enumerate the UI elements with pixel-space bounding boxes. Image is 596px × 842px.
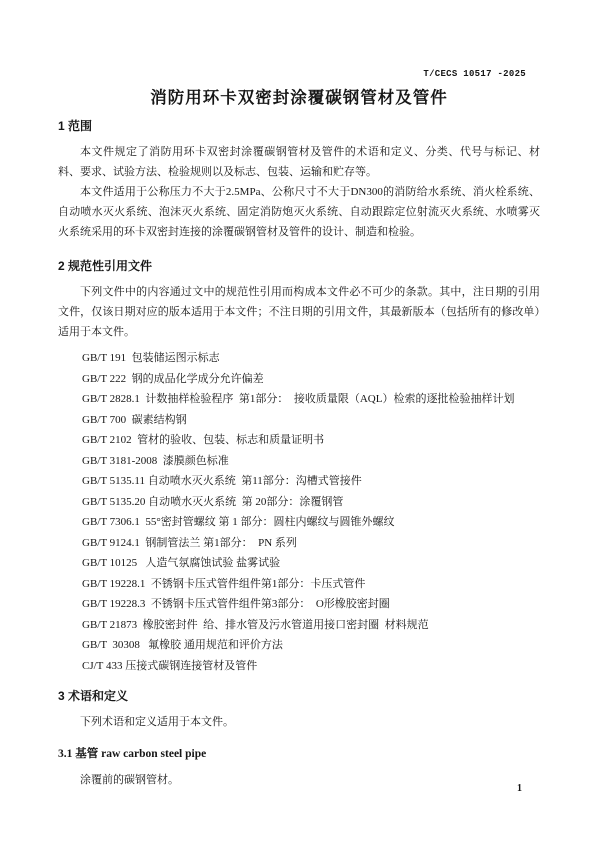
section-normative-references: 2 规范性引用文件 下列文件中的内容通过文中的规范性引用而构成本文件必不可少的条… [58,258,540,676]
section-terms-definitions: 3 术语和定义 下列术语和定义适用于本文件。 3.1 基管 raw carbon… [58,688,540,790]
section-heading-normative-references: 2 规范性引用文件 [58,258,540,274]
reference-item: CJ/T 433 压接式碳钢连接管材及管件 [82,656,540,677]
reference-item: GB/T 19228.3 不锈钢卡压式管件组件第3部分： O形橡胶密封圈 [82,594,540,615]
section-heading-terms: 3 术语和定义 [58,688,540,704]
scope-paragraph-1: 本文件规定了消防用环卡双密封涂覆碳钢管材及管件的术语和定义、分类、代号与标记、材… [58,142,540,182]
reference-item: GB/T 21873 橡胶密封件 给、排水管及污水管道用接口密封圈 材料规范 [82,615,540,636]
reference-list: GB/T 191 包装储运图示标志GB/T 222 钢的成品化学成分允许偏差GB… [58,348,540,676]
reference-item: GB/T 5135.11 自动喷水灭火系统 第11部分：沟槽式管接件 [82,471,540,492]
normative-references-intro: 下列文件中的内容通过文中的规范性引用而构成本文件必不可少的条款。其中，注日期的引… [58,282,540,342]
reference-item: GB/T 191 包装储运图示标志 [82,348,540,369]
reference-item: GB/T 3181-2008 漆膜颜色标准 [82,451,540,472]
reference-item: GB/T 30308 氟橡胶 通用规范和评价方法 [82,635,540,656]
reference-item: GB/T 2828.1 计数抽样检验程序 第1部分： 接收质量限（AQL）检索的… [82,389,540,410]
reference-item: GB/T 2102 管材的验收、包装、标志和质量证明书 [82,430,540,451]
reference-item: GB/T 5135.20 自动喷水灭火系统 第 20部分：涂覆钢管 [82,492,540,513]
standard-number: T/CECS 10517 -2025 [58,68,540,80]
section-heading-scope: 1 范围 [58,118,540,134]
reference-item: GB/T 9124.1 钢制管法兰 第1部分： PN 系列 [82,533,540,554]
term-definition-base-pipe: 涂覆前的碳钢管材。 [58,770,540,790]
section-scope: 1 范围 本文件规定了消防用环卡双密封涂覆碳钢管材及管件的术语和定义、分类、代号… [58,118,540,242]
document-page: T/CECS 10517 -2025 消防用环卡双密封涂覆碳钢管材及管件 1 范… [0,0,596,842]
terms-intro: 下列术语和定义适用于本文件。 [58,712,540,732]
document-content: T/CECS 10517 -2025 消防用环卡双密封涂覆碳钢管材及管件 1 范… [58,0,540,790]
reference-item: GB/T 222 钢的成品化学成分允许偏差 [82,369,540,390]
reference-item: GB/T 10125 人造气氛腐蚀试验 盐雾试验 [82,553,540,574]
reference-item: GB/T 700 碳素结构钢 [82,410,540,431]
reference-item: GB/T 19228.1 不锈钢卡压式管件组件第1部分：卡压式管件 [82,574,540,595]
term-heading-base-pipe: 3.1 基管 raw carbon steel pipe [58,746,540,762]
page-number: 1 [517,783,522,795]
scope-paragraph-2: 本文件适用于公称压力不大于2.5MPa、公称尺寸不大于DN300的消防给水系统、… [58,182,540,242]
document-title: 消防用环卡双密封涂覆碳钢管材及管件 [58,86,540,110]
reference-item: GB/T 7306.1 55°密封管螺纹 第 1 部分：圆柱内螺纹与圆锥外螺纹 [82,512,540,533]
